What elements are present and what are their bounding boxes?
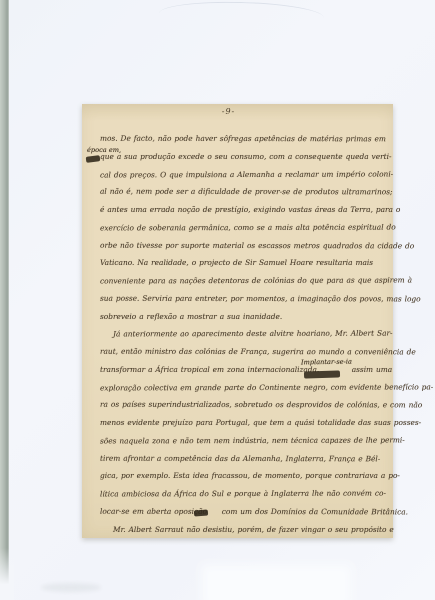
handwritten-line: Vaticano. Na realidade, o projecto de Si… <box>100 254 388 272</box>
manuscript-text: mos. De facto, não pode haver sôfregas a… <box>100 130 388 538</box>
manuscript-page: -9- mos. De facto, não pode haver sôfreg… <box>82 104 393 538</box>
interline-insertion: Implantar-se-ia <box>301 358 352 367</box>
scribble-mark <box>304 370 340 378</box>
handwritten-line: cal dos preços. O que impulsiona a Alema… <box>100 165 388 184</box>
handwritten-line: tirem afrontar a competência das da Alem… <box>100 449 388 467</box>
handwritten-line: exercício de soberania germânica, como s… <box>100 218 388 237</box>
handwritten-line: Mr. Albert Sarraut não desistiu, porém, … <box>100 521 388 539</box>
scribble-mark <box>194 510 208 517</box>
handwritten-line: Já anteriormente ao aparecimento deste a… <box>100 325 388 344</box>
scan-smudge <box>41 583 101 592</box>
light-patch <box>209 572 344 600</box>
page-curl-line <box>159 0 324 20</box>
handwritten-line: sua posse. Serviria para entreter, por m… <box>100 289 388 307</box>
scanned-document: -9- mos. De facto, não pode haver sôfreg… <box>0 0 435 600</box>
handwritten-line: sões naquela zona e não tem nem indústri… <box>100 431 388 450</box>
edge-strip-fade <box>0 548 14 600</box>
interline-insertion: época em, <box>87 146 121 154</box>
handwritten-line: ra os países superindustrializados, sobr… <box>100 396 388 414</box>
handwritten-line: lítica ambiciosa da África do Sul e porq… <box>100 485 388 504</box>
handwritten-line: al não é, nem pode ser a dificuldade de … <box>100 183 388 201</box>
handwritten-line: orbe não tivesse por suporte material os… <box>100 236 388 254</box>
page-number: -9- <box>73 107 384 116</box>
handwritten-line: conveniente para as nações detentoras de… <box>100 272 388 291</box>
handwritten-line: é antes uma errada noção de prestígio, e… <box>100 201 388 219</box>
handwritten-line: gica, por exemplo. Esta idea fracassou, … <box>100 467 388 485</box>
scribble-mark <box>86 155 101 163</box>
handwritten-line: locar-se em aberta oposição com um dos D… <box>100 502 388 520</box>
handwritten-line: que a sua produção excede o seu consumo,… <box>100 148 388 166</box>
handwritten-line: menos evidente prejuízo para Portugal, q… <box>100 414 388 432</box>
handwritten-line: sobreveio a reflexão a mostrar a sua ina… <box>100 308 388 326</box>
handwritten-line: mos. De facto, não pode haver sôfregas a… <box>100 130 388 148</box>
handwritten-line: exploração colectiva em grande parte do … <box>100 378 388 397</box>
